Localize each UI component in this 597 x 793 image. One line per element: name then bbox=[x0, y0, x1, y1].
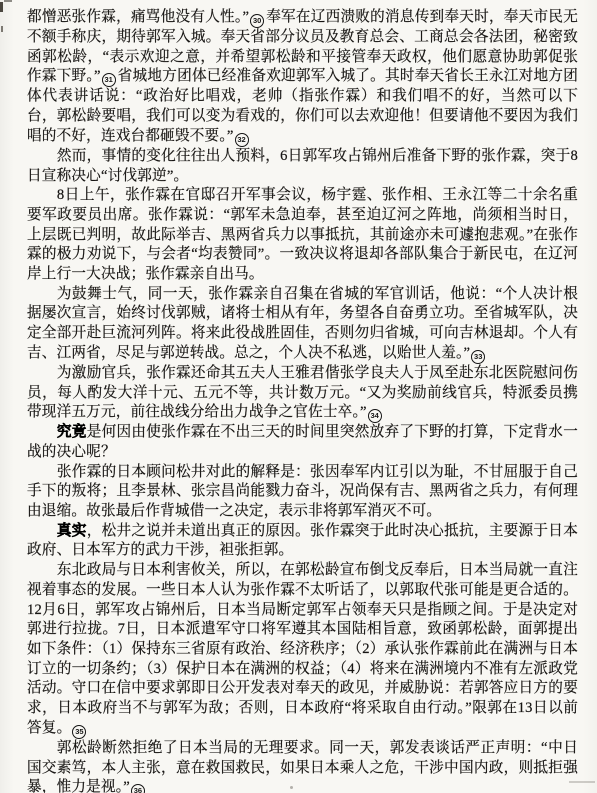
scan-artifact bbox=[0, 2, 3, 12]
paragraph: 真实，松井之说并未道出真正的原因。张作霖突于此时决心抵抗，主要源于日本政府、日本… bbox=[27, 522, 578, 561]
scan-artifact bbox=[4, 0, 12, 2]
footnote-marker: 32 bbox=[235, 133, 249, 147]
paragraph: 然而，事情的变化往往出人预料，6日郭军攻占锦州后准备下野的张作霖，突于8日宣称决… bbox=[27, 147, 578, 186]
emphasis-text: 究竟 bbox=[57, 424, 87, 440]
body-text: 8日上午，张作霖在官邸召开军事会议，杨宇霆、张作相、王永江等二十余名重要军政要员… bbox=[27, 187, 578, 282]
scanned-page: 都憎恶张作霖，痛骂他没有人性。”30奉军在辽西溃败的消息传到奉天时，奉天市民无不… bbox=[0, 0, 597, 793]
emphasis-text: 真实 bbox=[57, 523, 87, 539]
footnote-marker: 34 bbox=[368, 409, 382, 423]
footnote-marker: 33 bbox=[471, 350, 485, 364]
paragraph: 为鼓舞士气，同一天，张作霖亲自召集在省城的军官训话，他说：“个人决计根据屡次宣言… bbox=[27, 285, 578, 364]
body-text: 张作霖的日本顾问松井对此的解释是：张因奉军内讧引以为耻，不甘屈服于自己手下的叛将… bbox=[27, 464, 578, 519]
footnote-marker: 36 bbox=[131, 784, 145, 793]
paragraph: 郭松龄断然拒绝了日本当局的无理要求。同一天，郭发表谈话严正声明：“中日国交素笃，… bbox=[27, 739, 578, 793]
paragraph: 为激励官兵，张作霖还命其五夫人王雅君偕张学良夫人于凤至赴东北医院慰问伤员，每人酌… bbox=[27, 364, 578, 423]
paragraph: 张作霖的日本顾问松井对此的解释是：张因奉军内讧引以为耻，不甘屈服于自己手下的叛将… bbox=[27, 463, 578, 522]
footnote-marker: 30 bbox=[250, 14, 264, 28]
body-text: 然而，事情的变化往往出人预料，6日郭军攻占锦州后准备下野的张作霖，突于8日宣称决… bbox=[27, 148, 578, 184]
body-text: 为鼓舞士气，同一天，张作霖亲自召集在省城的军官训话，他说：“个人决计根据屡次宣言… bbox=[27, 286, 578, 361]
body-text: 郭松龄断然拒绝了日本当局的无理要求。同一天，郭发表谈话严正声明：“中日国交素笃，… bbox=[27, 740, 578, 793]
body-text: 为激励官兵，张作霖还命其五夫人王雅君偕张学良夫人于凤至赴东北医院慰问伤员，每人酌… bbox=[27, 365, 578, 420]
paragraph: 都憎恶张作霖，痛骂他没有人性。”30奉军在辽西溃败的消息传到奉天时，奉天市民无不… bbox=[27, 8, 578, 147]
footnote-marker: 35 bbox=[72, 725, 86, 739]
body-text: ，松井之说并未道出真正的原因。张作霖突于此时决心抵抗，主要源于日本政府、日本军方… bbox=[27, 523, 578, 559]
body-text: 是何因由使张作霖在不出三天的时间里突然放弃了下野的打算，下定背水一战的决心呢？ bbox=[27, 424, 578, 460]
scan-artifact bbox=[1, 26, 3, 32]
body-text: 东北政局与日本利害攸关，所以，在郭松龄宣布倒戈反奉后，日本当局就一直注视着事态的… bbox=[27, 562, 578, 736]
footnote-marker: 31 bbox=[102, 73, 116, 87]
paragraph: 究竟是何因由使张作霖在不出三天的时间里突然放弃了下野的打算，下定背水一战的决心呢… bbox=[27, 423, 578, 462]
paragraph: 东北政局与日本利害攸关，所以，在郭松龄宣布倒戈反奉后，日本当局就一直注视着事态的… bbox=[27, 561, 578, 739]
body-text-block: 都憎恶张作霖，痛骂他没有人性。”30奉军在辽西溃败的消息传到奉天时，奉天市民无不… bbox=[27, 8, 578, 793]
paragraph: 8日上午，张作霖在官邸召开军事会议，杨宇霆、张作相、王永江等二十余名重要军政要员… bbox=[27, 186, 578, 285]
body-text: 都憎恶张作霖，痛骂他没有人性。” bbox=[27, 9, 249, 25]
